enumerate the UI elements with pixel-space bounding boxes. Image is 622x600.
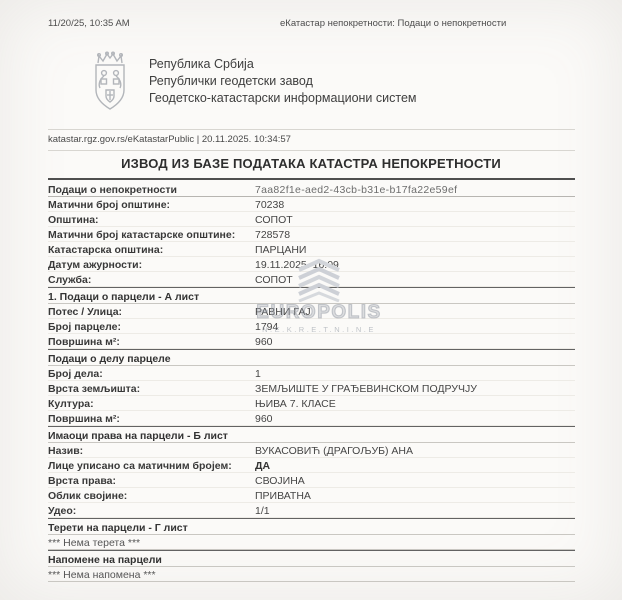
agency-block: Република Србија Републички геодетски за…: [149, 50, 417, 107]
field-label: Општина:: [48, 214, 255, 227]
table-row: Лице уписано са матичним бројем: ДА: [48, 458, 575, 473]
field-value: ДА: [255, 460, 270, 473]
table-row: Служба: СОПОТ: [48, 272, 575, 287]
field-value: РАВНИ ГАЈ: [255, 306, 311, 319]
field-value: ПРИВАТНА: [255, 490, 311, 503]
table-row: Врста земљишта: ЗЕМЉИШТЕ У ГРАЂЕВИНСКОМ …: [48, 381, 575, 396]
masthead: Република Србија Републички геодетски за…: [85, 50, 417, 116]
section-header-parcel-part: Подаци о делу парцеле: [48, 349, 575, 366]
section-header-a-list: 1. Подаци о парцели - А лист: [48, 287, 575, 304]
agency-name: Републички геодетски завод: [149, 73, 417, 90]
field-value: СВОЈИНА: [255, 475, 305, 488]
field-label: Површина м²:: [48, 336, 255, 349]
table-row: Облик својине: ПРИВАТНА: [48, 488, 575, 503]
source-url-bar: katastar.rgz.gov.rs/eKatastarPublic | 20…: [48, 129, 575, 151]
field-value: 960: [255, 336, 273, 349]
table-row: Матични број катастарске општине: 728578: [48, 227, 575, 242]
table-row: Катастарска општина: ПАРЦАНИ: [48, 242, 575, 257]
field-value: 728578: [255, 229, 290, 242]
serbia-coat-of-arms-icon: [85, 50, 135, 116]
field-label: Назив:: [48, 445, 255, 458]
document-page: 11/20/25, 10:35 AM еКатастар непокретнос…: [0, 0, 622, 600]
field-value: ПАРЦАНИ: [255, 244, 306, 257]
no-burden-note: *** Нема терета ***: [48, 535, 575, 550]
field-value: СОПОТ: [255, 214, 293, 227]
field-value: 70238: [255, 199, 284, 212]
table-row: Удео: 1/1: [48, 503, 575, 518]
table-row: Површина м²: 960: [48, 334, 575, 349]
print-datetime: 11/20/25, 10:35 AM: [48, 18, 130, 29]
table-row: Врста права: СВОЈИНА: [48, 473, 575, 488]
field-value: 19.11.2025. 16:09: [255, 259, 339, 272]
table-row: Назив: ВУКАСОВИЋ (ДРАГОЉУБ) АНА: [48, 443, 575, 458]
field-value: 960: [255, 413, 273, 426]
cadastre-table: Подаци о непокретности 7aa82f1e-aed2-43c…: [48, 178, 575, 582]
field-label: Врста права:: [48, 475, 255, 488]
section-header-g-list: Терети на парцели - Г лист: [48, 518, 575, 535]
field-label: Матични број општине:: [48, 199, 255, 212]
section-header-notes: Напомене на парцели: [48, 550, 575, 567]
field-label: Катастарска општина:: [48, 244, 255, 257]
field-value: СОПОТ: [255, 274, 293, 287]
agency-system: Геодетско-катастарски информациони систе…: [149, 90, 417, 107]
table-row: Матични број општине: 70238: [48, 197, 575, 212]
field-value: ЗЕМЉИШТЕ У ГРАЂЕВИНСКОМ ПОДРУЧЈУ: [255, 383, 477, 396]
print-header: 11/20/25, 10:35 AM еКатастар непокретнос…: [48, 18, 602, 32]
table-row-uuid: Подаци о непокретности 7aa82f1e-aed2-43c…: [48, 178, 575, 197]
field-label: Матични број катастарске општине:: [48, 229, 255, 242]
document-title: ИЗВОД ИЗ БАЗЕ ПОДАТАКА КАТАСТРА НЕПОКРЕТ…: [0, 156, 622, 171]
field-label: Површина м²:: [48, 413, 255, 426]
field-label: Облик својине:: [48, 490, 255, 503]
table-row: Број парцеле: 1794: [48, 319, 575, 334]
field-value: 1794: [255, 321, 278, 334]
table-row: Површина м²: 960: [48, 411, 575, 426]
field-label: Број дела:: [48, 368, 255, 381]
no-notes-note: *** Нема напомена ***: [48, 567, 575, 582]
field-label: Лице уписано са матичним бројем:: [48, 460, 255, 473]
field-value: 7aa82f1e-aed2-43cb-b31e-b17fa22e59ef: [255, 184, 457, 197]
field-value: 1: [255, 368, 261, 381]
field-label: Подаци о непокретности: [48, 184, 255, 197]
table-row: Датум ажурности: 19.11.2025. 16:09: [48, 257, 575, 272]
table-row: Број дела: 1: [48, 366, 575, 381]
field-value: ЊИВА 7. КЛАСЕ: [255, 398, 336, 411]
field-label: Врста земљишта:: [48, 383, 255, 396]
field-value: 1/1: [255, 505, 270, 518]
field-label: Служба:: [48, 274, 255, 287]
table-row: Култура: ЊИВА 7. КЛАСЕ: [48, 396, 575, 411]
table-row: Потес / Улица: РАВНИ ГАЈ: [48, 304, 575, 319]
field-label: Култура:: [48, 398, 255, 411]
field-value: ВУКАСОВИЋ (ДРАГОЉУБ) АНА: [255, 445, 413, 458]
table-row: Општина: СОПОТ: [48, 212, 575, 227]
field-label: Удео:: [48, 505, 255, 518]
section-header-b-list: Имаоци права на парцели - Б лист: [48, 426, 575, 443]
agency-country: Република Србија: [149, 56, 417, 73]
field-label: Потес / Улица:: [48, 306, 255, 319]
field-label: Број парцеле:: [48, 321, 255, 334]
field-label: Датум ажурности:: [48, 259, 255, 272]
print-page-title: еКатастар непокретности: Подаци о непокр…: [280, 18, 506, 29]
